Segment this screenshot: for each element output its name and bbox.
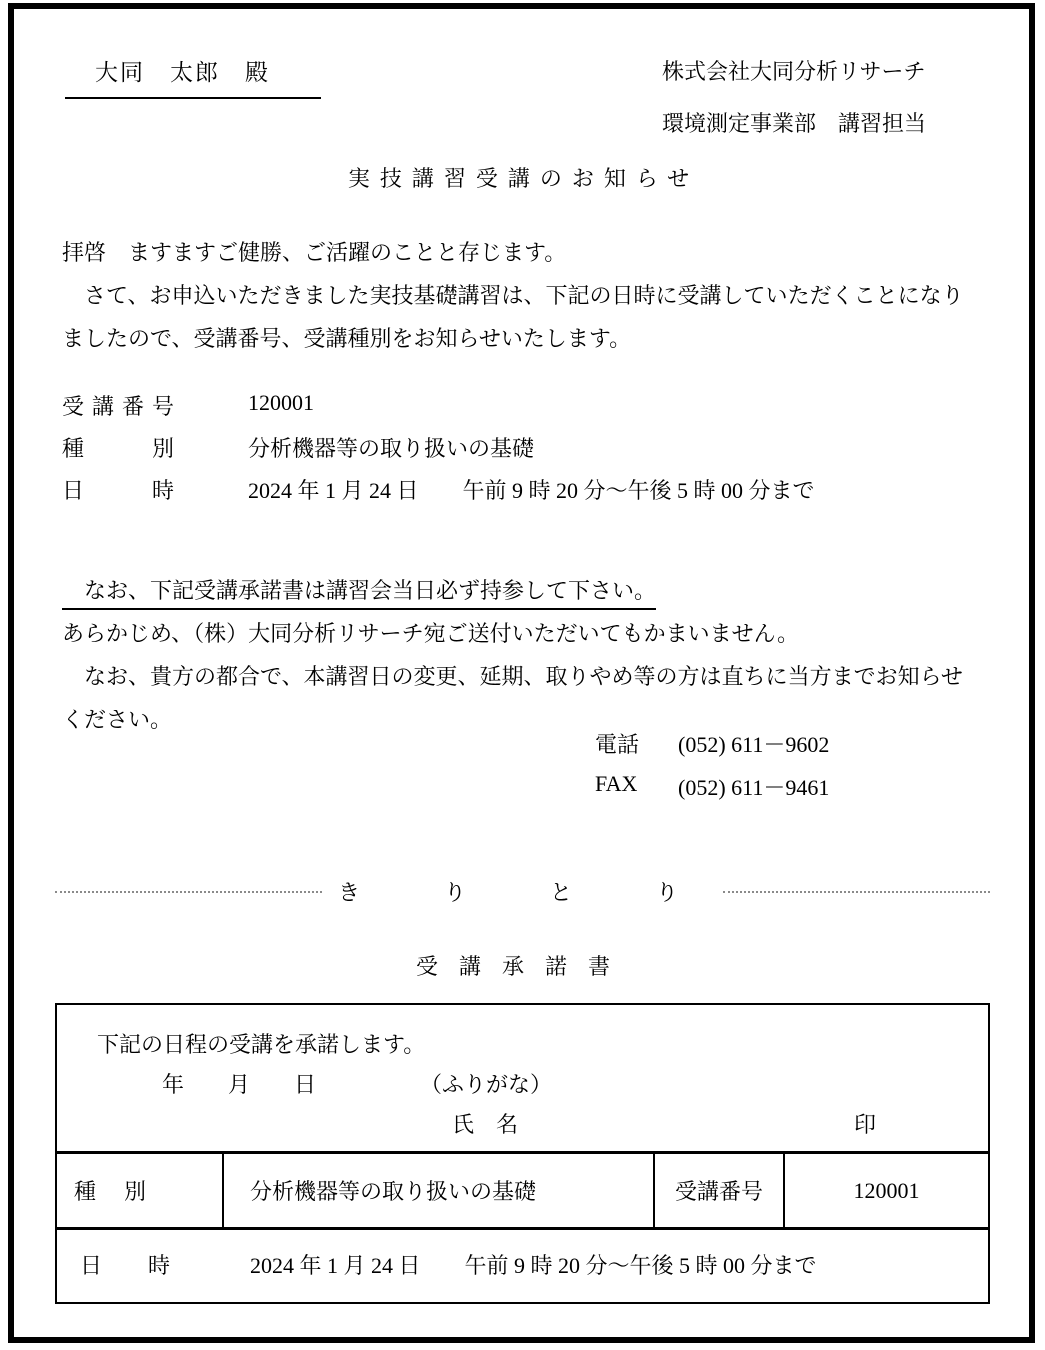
acceptance-datetime-row: 日 時 2024 年 1 月 24 日 午前 9 時 20 分～午後 5 時 0… bbox=[57, 1230, 988, 1299]
acceptance-datetime-value: 2024 年 1 月 24 日 午前 9 時 20 分～午後 5 時 00 分ま… bbox=[250, 1249, 817, 1280]
detail-row-number: 受講番号 120001 bbox=[62, 390, 815, 432]
greeting-line-3: ましたので、受講番号、受講種別をお知らせいたします。 bbox=[62, 326, 964, 369]
contact-phone-row: 電話 (052) 611－9602 bbox=[595, 728, 829, 771]
furigana-label: （ふりがな） bbox=[420, 1068, 552, 1099]
greeting-line-1: 拝啓 ますますご健勝、ご活躍のことと存じます。 bbox=[62, 240, 964, 283]
cut-line-label: き り と り bbox=[338, 876, 709, 907]
acceptance-datetime-label: 日 時 bbox=[80, 1249, 170, 1280]
detail-type-label: 種 別 bbox=[62, 432, 174, 463]
notes-line-1-underlined: なお、下記受講承諾書は講習会当日必ず持参して下さい。 bbox=[62, 578, 656, 610]
detail-datetime-label: 日 時 bbox=[62, 474, 174, 505]
seal-label: 印 bbox=[854, 1108, 876, 1139]
detail-number-label: 受講番号 bbox=[62, 390, 174, 421]
notes-line-2: あらかじめ、（株）大同分析リサーチ宛ご送付いただいてもかまいません。 bbox=[62, 621, 963, 664]
acceptance-title: 受講承諾書 bbox=[62, 950, 985, 981]
acceptance-type-row: 種 別 分析機器等の取り扱いの基礎 受講番号 120001 bbox=[57, 1154, 988, 1230]
acceptance-header-row: 下記の日程の受講を承諾します。 年 月 日 （ふりがな） 氏 名 印 bbox=[57, 1005, 988, 1154]
cut-line: き り と り bbox=[55, 876, 990, 907]
document-page: 大同 太郎 殿 株式会社大同分析リサーチ 環境測定事業部 講習担当 実技講習受講… bbox=[0, 0, 1045, 1350]
acceptance-statement: 下記の日程の受講を承諾します。 bbox=[97, 1028, 425, 1059]
detail-row-datetime: 日 時 2024 年 1 月 24 日 午前 9 時 20 分～午後 5 時 0… bbox=[62, 474, 815, 516]
notes-line-3: なお、貴方の都合で、本講習日の変更、延期、取りやめ等の方は直ちに当方までお知らせ bbox=[62, 664, 963, 707]
acceptance-number-value: 120001 bbox=[854, 1178, 920, 1204]
detail-type-value: 分析機器等の取り扱いの基礎 bbox=[248, 432, 534, 463]
cut-line-right-dashes bbox=[723, 891, 990, 893]
acceptance-number-label: 受講番号 bbox=[675, 1175, 763, 1206]
fax-label: FAX bbox=[595, 771, 678, 814]
detail-number-value: 120001 bbox=[248, 390, 314, 416]
greeting-line-2: さて、お申込いただきました実技基礎講習は、下記の日時に受講していただくことになり bbox=[62, 283, 964, 326]
sender-block: 株式会社大同分析リサーチ 環境測定事業部 講習担当 bbox=[662, 55, 926, 159]
contact-fax-row: FAX (052) 611－9461 bbox=[595, 771, 829, 814]
greeting-paragraph: 拝啓 ますますご健勝、ご活躍のことと存じます。 さて、お申込いただきました実技基… bbox=[62, 240, 964, 369]
phone-label: 電話 bbox=[595, 728, 678, 771]
cut-line-left-dashes bbox=[55, 891, 322, 893]
detail-row-type: 種 別 分析機器等の取り扱いの基礎 bbox=[62, 432, 815, 474]
name-field-label: 氏 名 bbox=[452, 1108, 518, 1139]
acceptance-number-value-cell: 120001 bbox=[785, 1154, 988, 1227]
acceptance-type-label-cell: 種 別 bbox=[57, 1154, 224, 1227]
recipient-name: 大同 太郎 殿 bbox=[65, 52, 321, 99]
document-title: 実技講習受講のお知らせ bbox=[62, 162, 985, 193]
acceptance-table: 下記の日程の受講を承諾します。 年 月 日 （ふりがな） 氏 名 印 種 別 分… bbox=[55, 1003, 990, 1304]
sender-company: 株式会社大同分析リサーチ bbox=[662, 55, 926, 86]
notes-paragraph: なお、下記受講承諾書は講習会当日必ず持参して下さい。 あらかじめ、（株）大同分析… bbox=[62, 578, 963, 750]
phone-value: (052) 611－9602 bbox=[678, 728, 829, 771]
sender-department: 環境測定事業部 講習担当 bbox=[662, 107, 926, 138]
acceptance-number-label-cell: 受講番号 bbox=[653, 1154, 785, 1227]
acceptance-date-fields: 年 月 日 bbox=[162, 1068, 316, 1099]
fax-value: (052) 611－9461 bbox=[678, 771, 829, 814]
acceptance-type-label: 種 別 bbox=[74, 1175, 146, 1206]
acceptance-type-value: 分析機器等の取り扱いの基礎 bbox=[250, 1175, 536, 1206]
course-details-list: 受講番号 120001 種 別 分析機器等の取り扱いの基礎 日 時 2024 年… bbox=[62, 390, 815, 516]
detail-datetime-value: 2024 年 1 月 24 日 午前 9 時 20 分～午後 5 時 00 分ま… bbox=[248, 474, 815, 505]
acceptance-type-value-cell: 分析機器等の取り扱いの基礎 bbox=[224, 1154, 653, 1227]
contact-block: 電話 (052) 611－9602 FAX (052) 611－9461 bbox=[595, 728, 829, 814]
